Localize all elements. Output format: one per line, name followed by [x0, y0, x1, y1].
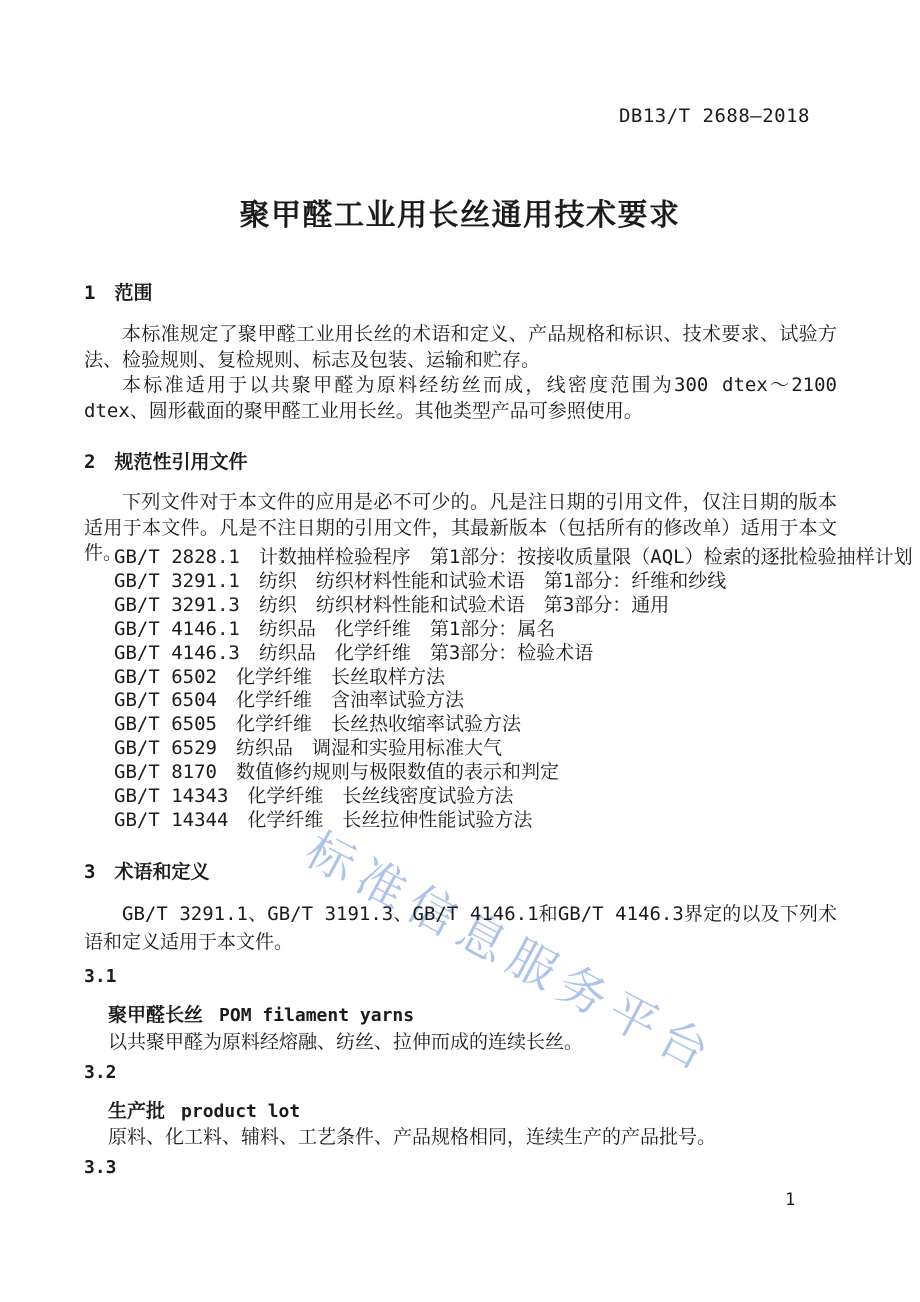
term-heading-3-1: 聚甲醛长丝POM filament yarns	[108, 1000, 414, 1027]
reference-item: GB/T 6529 纺织品 调湿和实验用标准大气	[84, 737, 874, 761]
term-name-cn: 聚甲醛长丝	[108, 1005, 203, 1026]
page-title: 聚甲醛工业用长丝通用技术要求	[0, 190, 920, 234]
document-page: 标准信息服务平台 DB13/T 2688—2018 聚甲醛工业用长丝通用技术要求…	[0, 0, 920, 1302]
page-number: 1	[785, 1190, 795, 1210]
term-number-3-2: 3.2	[84, 1062, 117, 1083]
reference-item: GB/T 14343 化学纤维 长丝线密度试验方法	[84, 785, 874, 809]
reference-item: GB/T 4146.3 纺织品 化学纤维 第3部分：检验术语	[84, 642, 874, 666]
section-1-paragraph-1: 本标准规定了聚甲醛工业用长丝的术语和定义、产品规格和标识、技术要求、试验方法、检…	[84, 322, 837, 373]
term-number-3-1: 3.1	[84, 966, 117, 987]
reference-item: GB/T 3291.3 纺织 纺织材料性能和试验术语 第3部分：通用	[84, 594, 874, 618]
reference-item: GB/T 3291.1 纺织 纺织材料性能和试验术语 第1部分：纤维和纱线	[84, 570, 874, 594]
section-3-heading: 3 术语和定义	[84, 857, 209, 884]
section-1-paragraph-2: 本标准适用于以共聚甲醛为原料经纺丝而成，线密度范围为300 dtex～2100 …	[84, 373, 837, 424]
reference-item: GB/T 14344 化学纤维 长丝拉伸性能试验方法	[84, 809, 874, 833]
section-1-heading: 1 范围	[84, 278, 152, 305]
section-3-intro-paragraph: GB/T 3291.1、GB/T 3191.3、GB/T 4146.1和GB/T…	[84, 901, 837, 956]
term-definition-3-1: 以共聚甲醛为原料经熔融、纺丝、拉伸而成的连续长丝。	[108, 1027, 583, 1054]
doc-code: DB13/T 2688—2018	[619, 105, 810, 127]
reference-item: GB/T 4146.1 纺织品 化学纤维 第1部分：属名	[84, 618, 874, 642]
references-list: GB/T 2828.1 计数抽样检验程序 第1部分：按接收质量限（AQL）检索的…	[84, 546, 874, 833]
term-heading-3-2: 生产批product lot	[108, 1096, 300, 1123]
term-name-en: POM filament yarns	[219, 1005, 414, 1026]
term-number-3-3: 3.3	[84, 1157, 117, 1178]
term-definition-3-2: 原料、化工料、辅料、工艺条件、产品规格相同，连续生产的产品批号。	[108, 1122, 716, 1149]
section-3-intro: GB/T 3291.1、GB/T 3191.3、GB/T 4146.1和GB/T…	[84, 901, 837, 956]
term-name-cn: 生产批	[108, 1101, 165, 1122]
term-name-en: product lot	[181, 1101, 300, 1122]
section-1-body: 本标准规定了聚甲醛工业用长丝的术语和定义、产品规格和标识、技术要求、试验方法、检…	[84, 322, 837, 424]
reference-item: GB/T 8170 数值修约规则与极限数值的表示和判定	[84, 761, 874, 785]
reference-item: GB/T 2828.1 计数抽样检验程序 第1部分：按接收质量限（AQL）检索的…	[84, 546, 874, 570]
reference-item: GB/T 6504 化学纤维 含油率试验方法	[84, 689, 874, 713]
reference-item: GB/T 6505 化学纤维 长丝热收缩率试验方法	[84, 713, 874, 737]
section-2-heading: 2 规范性引用文件	[84, 447, 247, 474]
reference-item: GB/T 6502 化学纤维 长丝取样方法	[84, 666, 874, 690]
